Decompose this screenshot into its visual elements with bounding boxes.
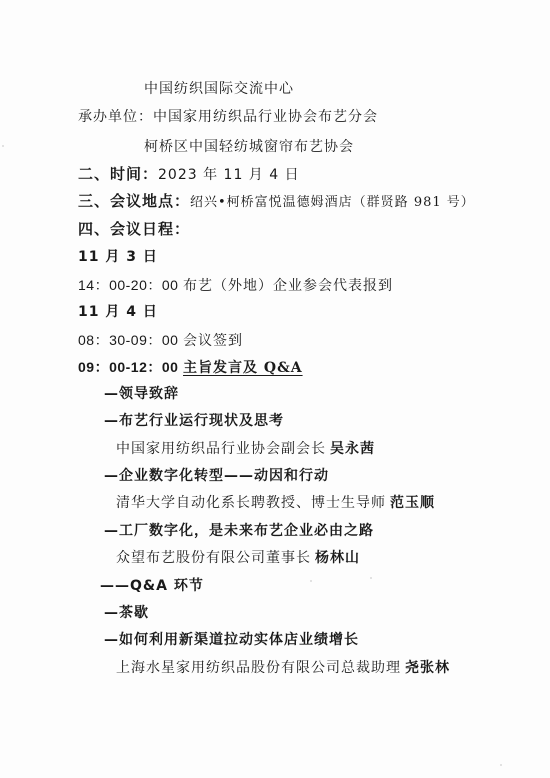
venue-section: 三、会议地点：绍兴•柯桥富悦温德姆酒店（群贤路 981 号） xyxy=(78,192,475,212)
co-organizer-row: 承办单位：中国家用纺织品行业协会布艺分会 xyxy=(78,108,378,126)
schedule-entry: 14：00-20：00布艺（外地）企业参会代表报到 xyxy=(78,276,393,295)
agenda-speaker: 众望布艺股份有限公司董事长杨林山 xyxy=(116,549,360,567)
agenda-speaker: 清华大学自动化系长聘教授、博士生导师范玉顺 xyxy=(116,494,435,512)
entry-activity: 布艺（外地）企业参会代表报到 xyxy=(183,278,393,294)
co-organizer-2: 柯桥区中国轻纺城窗帘布艺协会 xyxy=(144,138,354,156)
speaker-name: 范玉顺 xyxy=(390,495,435,511)
schedule-entry: 08：30-09：00会议签到 xyxy=(78,331,243,350)
agenda-speaker: 上海水星家用纺织品股份有限公司总裁助理尧张林 xyxy=(116,659,450,677)
time-value: 2023 年 11 月 4 日 xyxy=(158,167,300,183)
venue-value: 绍兴•柯桥富悦温德姆酒店（群贤路 981 号） xyxy=(190,195,475,210)
entry-activity: 会议签到 xyxy=(183,333,243,349)
entry-activity: 主旨发言及 Q&A xyxy=(183,360,303,376)
entry-time: 09：00-12：00 xyxy=(78,358,183,376)
agenda-topic-break: —茶歇 xyxy=(104,604,149,622)
agenda-topic: —领导致辞 xyxy=(104,385,179,403)
speaker-name: 尧张林 xyxy=(405,660,450,676)
scan-speckle xyxy=(450,195,452,197)
co-organizer-label: 承办单位： xyxy=(78,109,153,125)
time-heading: 二、时间： xyxy=(78,165,158,183)
agenda-speaker: 中国家用纺织品行业协会副会长吴永茜 xyxy=(116,440,375,458)
time-section: 二、时间：2023 年 11 月 4 日 xyxy=(78,165,300,184)
scan-speckle xyxy=(310,580,312,582)
scan-speckle xyxy=(370,577,372,579)
schedule-heading: 四、会议日程： xyxy=(78,220,190,238)
agenda-topic-qa: ——Q&A 环节 xyxy=(100,577,204,595)
speaker-title: 中国家用纺织品行业协会副会长 xyxy=(116,441,326,457)
schedule-entry-keynote: 09：00-12：00主旨发言及 Q&A xyxy=(78,358,303,377)
speaker-title: 清华大学自动化系长聘教授、博士生导师 xyxy=(116,495,386,511)
scan-speckle xyxy=(500,764,502,766)
speaker-name: 吴永茜 xyxy=(330,441,375,457)
venue-heading: 三、会议地点： xyxy=(78,192,190,210)
co-organizer-1: 中国家用纺织品行业协会布艺分会 xyxy=(153,109,378,125)
speaker-title: 众望布艺股份有限公司董事长 xyxy=(116,550,311,566)
day-date: 11 月 4 日 xyxy=(78,303,158,321)
agenda-topic: —工厂数字化，是未来布艺企业必由之路 xyxy=(104,522,374,540)
speaker-title: 上海水星家用纺织品股份有限公司总裁助理 xyxy=(116,660,401,676)
day-date: 11 月 3 日 xyxy=(78,248,158,266)
entry-time: 08：30-09：00 xyxy=(78,331,183,349)
agenda-topic: —布艺行业运行现状及思考 xyxy=(104,412,284,430)
scan-speckle xyxy=(2,145,4,147)
document-page: 中国纺织国际交流中心 承办单位：中国家用纺织品行业协会布艺分会 柯桥区中国轻纺城… xyxy=(0,0,550,778)
agenda-topic: —企业数字化转型——动因和行动 xyxy=(104,467,329,485)
organizer-line: 中国纺织国际交流中心 xyxy=(144,80,294,98)
entry-time: 14：00-20：00 xyxy=(78,276,183,294)
speaker-name: 杨林山 xyxy=(315,550,360,566)
agenda-topic: —如何利用新渠道拉动实体店业绩增长 xyxy=(104,631,359,649)
